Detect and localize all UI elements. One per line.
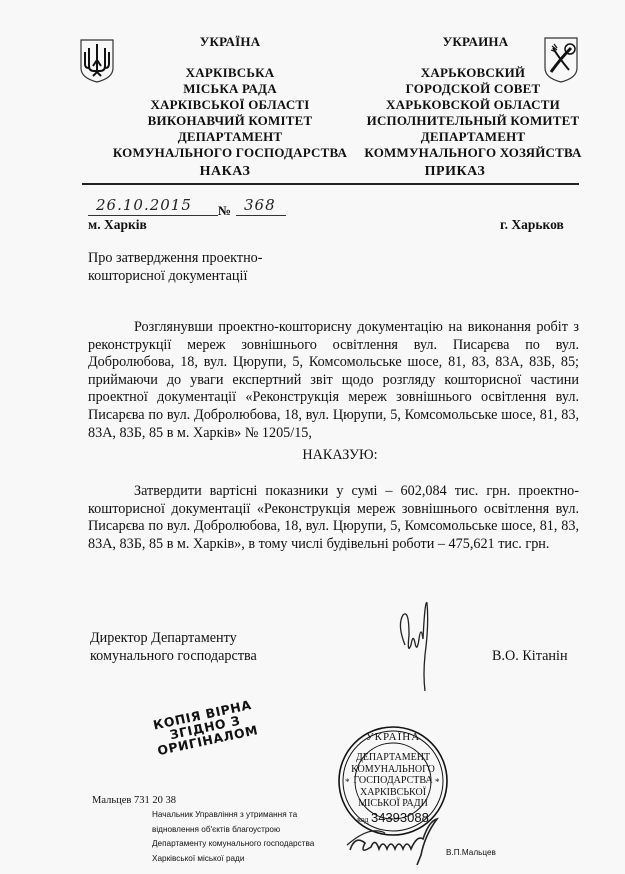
signer-position-line: Директор Департаменту — [90, 630, 257, 648]
order-number: 368 — [244, 196, 276, 214]
certifier-signature-icon — [345, 815, 440, 865]
certifier-line: Начальник Управління з утримання та — [152, 808, 314, 823]
subject-line: Про затвердження проектно- — [88, 250, 338, 268]
org-line: ИСПОЛНИТЕЛЬНЫЙ КОМИТЕТ — [353, 113, 593, 129]
executor-contact: Мальцев 731 20 38 — [92, 795, 176, 806]
copy-certified-stamp: КОПІЯ ВІРНА ЗГІДНО З ОРИГІНАЛОМ — [137, 695, 272, 760]
doc-type-ua: НАКАЗ — [150, 164, 300, 180]
org-line: ХАРЬКОВСКОЙ ОБЛАСТИ — [353, 97, 593, 113]
org-line: ДЕПАРТАМЕНТ — [353, 129, 593, 145]
order-heading: НАКАЗУЮ: — [80, 447, 600, 464]
org-line: ХАРКІВСЬКА — [110, 65, 350, 81]
preamble-paragraph: Розглянувши проектно-кошторисну документ… — [88, 319, 579, 442]
kharkiv-coat-of-arms-icon — [543, 36, 579, 84]
city-ru: г. Харьков — [500, 217, 564, 233]
seal-line: ХАРКІВСЬКОЇ — [343, 787, 443, 799]
seal-line: МІСЬКОЇ РАДИ — [343, 798, 443, 810]
signer-position-line: комунального господарства — [90, 648, 257, 666]
country-ua: УКРАЇНА — [110, 34, 350, 50]
seal-line: ДЕПАРТАМЕНТ — [343, 752, 443, 764]
order-paragraph: Затвердити вартісні показники у сумі – 6… — [88, 483, 579, 553]
certifier-line: Харківської міської ради — [152, 852, 314, 867]
date-underline — [88, 215, 218, 216]
seal-top-text: УКРАЇНА — [337, 732, 449, 744]
certifier-position: Начальник Управління з утримання та відн… — [152, 808, 314, 866]
city-ua: м. Харків — [88, 217, 147, 233]
header-left: УКРАЇНА ХАРКІВСЬКА МІСЬКА РАДА ХАРКІВСЬК… — [110, 34, 350, 161]
certifier-line: відновлення об'єктів благоустрою — [152, 823, 314, 838]
certifier-line: Департаменту комунального господарства — [152, 837, 314, 852]
seal-line: КОМУНАЛЬНОГО — [343, 764, 443, 776]
doc-type-ru: ПРИКАЗ — [380, 164, 530, 180]
director-signature-icon — [395, 595, 435, 695]
header-divider — [82, 183, 579, 185]
subject-line: кошторисної документації — [88, 268, 338, 286]
number-label: № — [218, 203, 231, 219]
signer-position: Директор Департаменту комунального госпо… — [90, 630, 257, 665]
certifier-name: В.П.Мальцев — [446, 846, 496, 861]
org-line: ДЕПАРТАМЕНТ — [110, 129, 350, 145]
signer-name: В.О. Кітанін — [492, 648, 568, 666]
subject: Про затвердження проектно- кошторисної д… — [88, 250, 338, 285]
org-line: ХАРКІВСЬКОЇ ОБЛАСТІ — [110, 97, 350, 113]
org-line: ВИКОНАВЧИЙ КОМІТЕТ — [110, 113, 350, 129]
seal-line: ГОСПОДАРСТВА — [343, 775, 443, 787]
order-date: 26.10.2015 — [96, 196, 192, 214]
org-line: МІСЬКА РАДА — [110, 81, 350, 97]
org-line: КОМУНАЛЬНОГО ГОСПОДАРСТВА — [110, 145, 350, 161]
org-line: КОММУНАЛЬНОГО ХОЗЯЙСТВА — [353, 145, 593, 161]
number-underline — [236, 215, 286, 216]
